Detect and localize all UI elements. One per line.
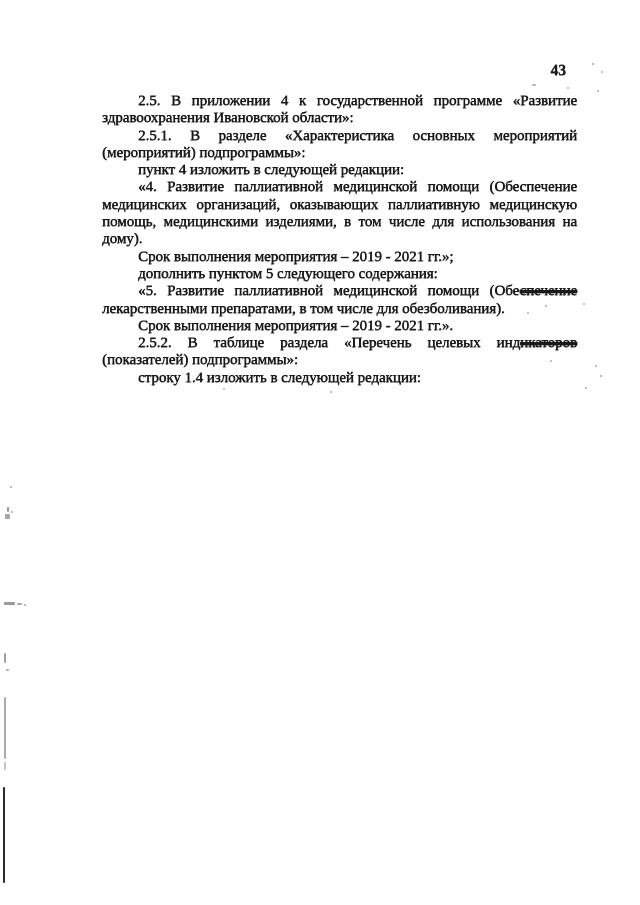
text-run: Срок выполнения мероприятия – 2019 - 202…	[138, 249, 453, 265]
text-run: дополнить пунктом 5 следующего содержани…	[138, 266, 438, 282]
text-run: Срок выполнения мероприятия – 2019 - 202…	[138, 318, 453, 334]
scan-artifact	[597, 90, 599, 92]
scan-artifact	[545, 305, 547, 307]
text-line: 2.5.2. В таблице раздела «Перечень целев…	[102, 335, 577, 352]
scan-artifact	[585, 387, 587, 389]
scan-artifact	[583, 303, 585, 305]
page-number: 43	[103, 63, 566, 79]
text-run: 2.5. В приложении 4 к государственной пр…	[138, 93, 577, 109]
smudged-word: икаторов	[520, 335, 577, 351]
text-line: помощь, медицинскими изделиями, в том чи…	[102, 214, 577, 231]
scan-artifact	[532, 84, 536, 86]
scan-artifact	[4, 762, 6, 770]
text-run: дому).	[102, 231, 142, 247]
text-line: медицинских организаций, оказывающих пал…	[102, 197, 577, 214]
text-line: 2.5. В приложении 4 к государственной пр…	[102, 93, 577, 110]
scan-artifact	[10, 486, 12, 488]
text-run: помощь, медицинскими изделиями, в том чи…	[102, 214, 577, 230]
text-line: Срок выполнения мероприятия – 2019 - 202…	[102, 318, 577, 335]
scan-artifact	[601, 71, 603, 73]
scan-artifact	[4, 653, 6, 663]
text-run: «5. Развитие паллиативной медицинской по…	[138, 283, 520, 299]
text-run: строку 1.4 изложить в следующей редакции…	[138, 370, 421, 386]
scan-artifact	[223, 388, 225, 390]
scan-artifact	[17, 603, 22, 605]
text-run: «4. Развитие паллиативной медицинской по…	[138, 179, 577, 195]
scan-artifact	[592, 63, 594, 65]
text-run: медицинских организаций, оказывающих пал…	[102, 197, 577, 213]
text-line: (мероприятий) подпрограммы»:	[102, 145, 577, 162]
text-line: пункт 4 изложить в следующей редакции:	[102, 162, 577, 179]
text-run: здравоохранения Ивановской области»:	[102, 110, 353, 126]
document-page: 43 2.5. В приложении 4 к государственной…	[0, 0, 640, 905]
text-line: Срок выполнения мероприятия – 2019 - 202…	[102, 249, 577, 266]
text-line: дополнить пунктом 5 следующего содержани…	[102, 266, 577, 283]
scan-artifact	[600, 375, 602, 377]
smudged-word: спечение	[520, 283, 577, 299]
scan-artifact	[527, 312, 529, 314]
text-run: 2.5.1. В разделе «Характеристика основны…	[138, 128, 577, 144]
text-line: «5. Развитие паллиативной медицинской по…	[102, 283, 577, 300]
text-line: 2.5.1. В разделе «Характеристика основны…	[102, 128, 577, 145]
scan-artifact	[595, 365, 597, 367]
text-run: 2.5.2. В таблице раздела «Перечень целев…	[138, 335, 520, 351]
scan-artifact	[11, 511, 13, 513]
scan-artifact	[6, 669, 9, 671]
scan-artifact	[3, 787, 5, 883]
text-line: дому).	[102, 231, 577, 248]
scan-artifact	[5, 514, 10, 519]
text-line: (показателей) подпрограммы»:	[102, 352, 577, 369]
text-run: пункт 4 изложить в следующей редакции:	[138, 162, 404, 178]
scan-artifact	[24, 604, 26, 606]
text-run: лекарственными препаратами, в том числе …	[102, 301, 505, 317]
scan-artifact	[550, 360, 552, 362]
scan-artifact	[567, 87, 569, 89]
text-run: (показателей) подпрограммы»:	[102, 352, 298, 368]
scan-artifact	[4, 697, 6, 759]
scan-artifact	[7, 507, 9, 512]
text-line: лекарственными препаратами, в том числе …	[102, 301, 577, 318]
text-line: здравоохранения Ивановской области»:	[102, 110, 577, 127]
text-run: (мероприятий) подпрограммы»:	[102, 145, 305, 161]
text-line: «4. Развитие паллиативной медицинской по…	[102, 179, 577, 196]
scan-artifact	[330, 391, 332, 393]
text-line: строку 1.4 изложить в следующей редакции…	[102, 370, 577, 387]
scan-artifact	[4, 602, 15, 605]
document-text: 2.5. В приложении 4 к государственной пр…	[102, 93, 577, 387]
